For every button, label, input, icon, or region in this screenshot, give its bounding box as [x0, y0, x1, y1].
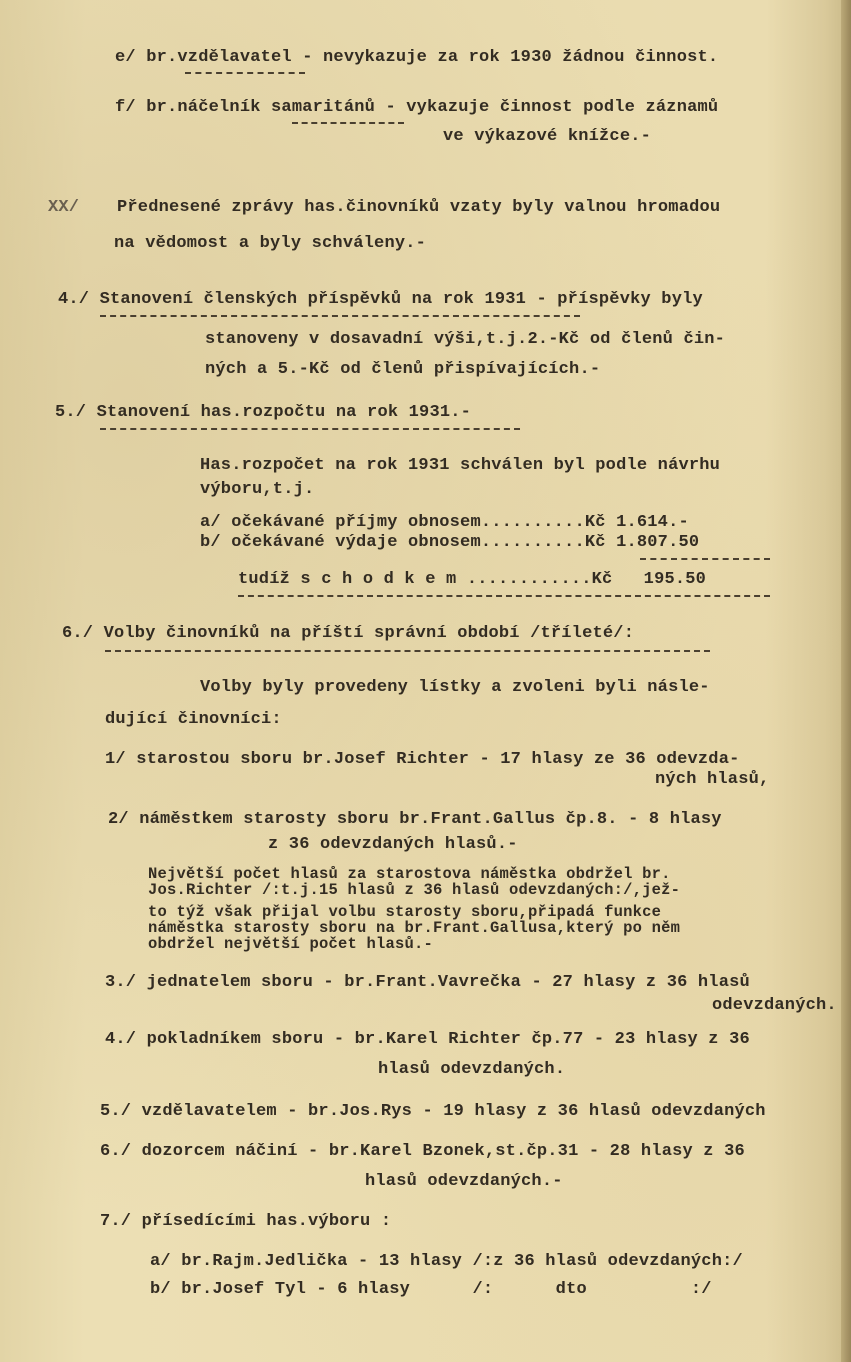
election-e-line1: 5./ vzdělavatelem - br.Jos.Rys - 19 hlas…: [100, 1102, 766, 1121]
election-g-heading: 7./ přísedícími has.výboru :: [100, 1212, 391, 1231]
election-c-line2: odevzdaných.: [712, 996, 837, 1015]
election-note-1: Největší počet hlasů za starostova náměs…: [148, 866, 671, 882]
item-f-line2: ve výkazové knížce.-: [443, 127, 651, 146]
underline-f: [292, 122, 404, 124]
election-f-line1: 6./ dozorcem náčiní - br.Karel Bzonek,st…: [100, 1142, 745, 1161]
budget-deficit: tudíž s c h o d k e m ............Kč 195…: [238, 570, 706, 589]
budget-expense: b/ očekávané výdaje obnosem..........Kč …: [200, 533, 699, 552]
election-c-line1: 3./ jednatelem sboru - br.Frant.Vavrečka…: [105, 973, 750, 992]
document-page: e/ br.vzdělavatel - nevykazuje za rok 19…: [0, 0, 851, 1362]
section6-intro1: Volby byly provedeny lístky a zvoleni by…: [200, 678, 710, 697]
budget-income: a/ očekávané příjmy obnosem..........Kč …: [200, 513, 689, 532]
election-note-4: náměstka starosty sboru na br.Frant.Gall…: [148, 920, 680, 936]
section5-heading: 5./ Stanovení has.rozpočtu na rok 1931.-: [55, 403, 471, 422]
section4-underline: [100, 315, 580, 317]
item-e: e/ br.vzdělavatel - nevykazuje za rok 19…: [115, 48, 718, 67]
election-note-3: to týž však přijal volbu starosty sboru,…: [148, 904, 661, 920]
section5-intro1: Has.rozpočet na rok 1931 schválen byl po…: [200, 456, 720, 475]
section4-line2: stanoveny v dosavadní výši,t.j.2.-Kč od …: [205, 330, 725, 349]
election-g-a: a/ br.Rajm.Jedlička - 13 hlasy /:z 36 hl…: [150, 1252, 743, 1271]
election-b-line2: z 36 odevzdaných hlasů.-: [268, 835, 518, 854]
election-d-line1: 4./ pokladníkem sboru - br.Karel Richter…: [105, 1030, 750, 1049]
section6-intro2: dující činovníci:: [105, 710, 282, 729]
election-f-line2: hlasů odevzdaných.-: [365, 1172, 563, 1191]
section5-underline: [100, 428, 520, 430]
election-g-b: b/ br.Josef Tyl - 6 hlasy /: dto :/: [150, 1280, 712, 1299]
item-f-line1: f/ br.náčelník samaritánů - vykazuje čin…: [115, 98, 718, 117]
election-b-line1: 2/ náměstkem starosty sboru br.Frant.Gal…: [108, 810, 722, 829]
section6-heading: 6./ Volby činovníků na příští správní ob…: [62, 624, 634, 643]
election-d-line2: hlasů odevzdaných.: [378, 1060, 565, 1079]
election-a-line1: 1/ starostou sboru br.Josef Richter - 17…: [105, 750, 740, 769]
section5-intro2: výboru,t.j.: [200, 480, 314, 499]
election-note-2: Jos.Richter /:t.j.15 hlasů z 36 hlasů od…: [148, 882, 680, 898]
summary-line1: Přednesené zprávy has.činovníků vzaty by…: [117, 198, 720, 217]
section4-line3: ných a 5.-Kč od členů přispívajících.-: [205, 360, 600, 379]
sum-rule: [640, 558, 770, 560]
summary-marker: XX/: [48, 198, 79, 217]
summary-line2: na vědomost a byly schváleny.-: [114, 234, 426, 253]
page-edge: [841, 0, 851, 1362]
section6-underline: [105, 650, 710, 652]
underline-e: [185, 72, 305, 74]
election-a-line2: ných hlasů,: [655, 770, 769, 789]
section4-heading: 4./ Stanovení členských příspěvků na rok…: [58, 290, 703, 309]
election-note-5: obdržel největší počet hlasů.-: [148, 936, 433, 952]
deficit-underline: [238, 595, 770, 597]
